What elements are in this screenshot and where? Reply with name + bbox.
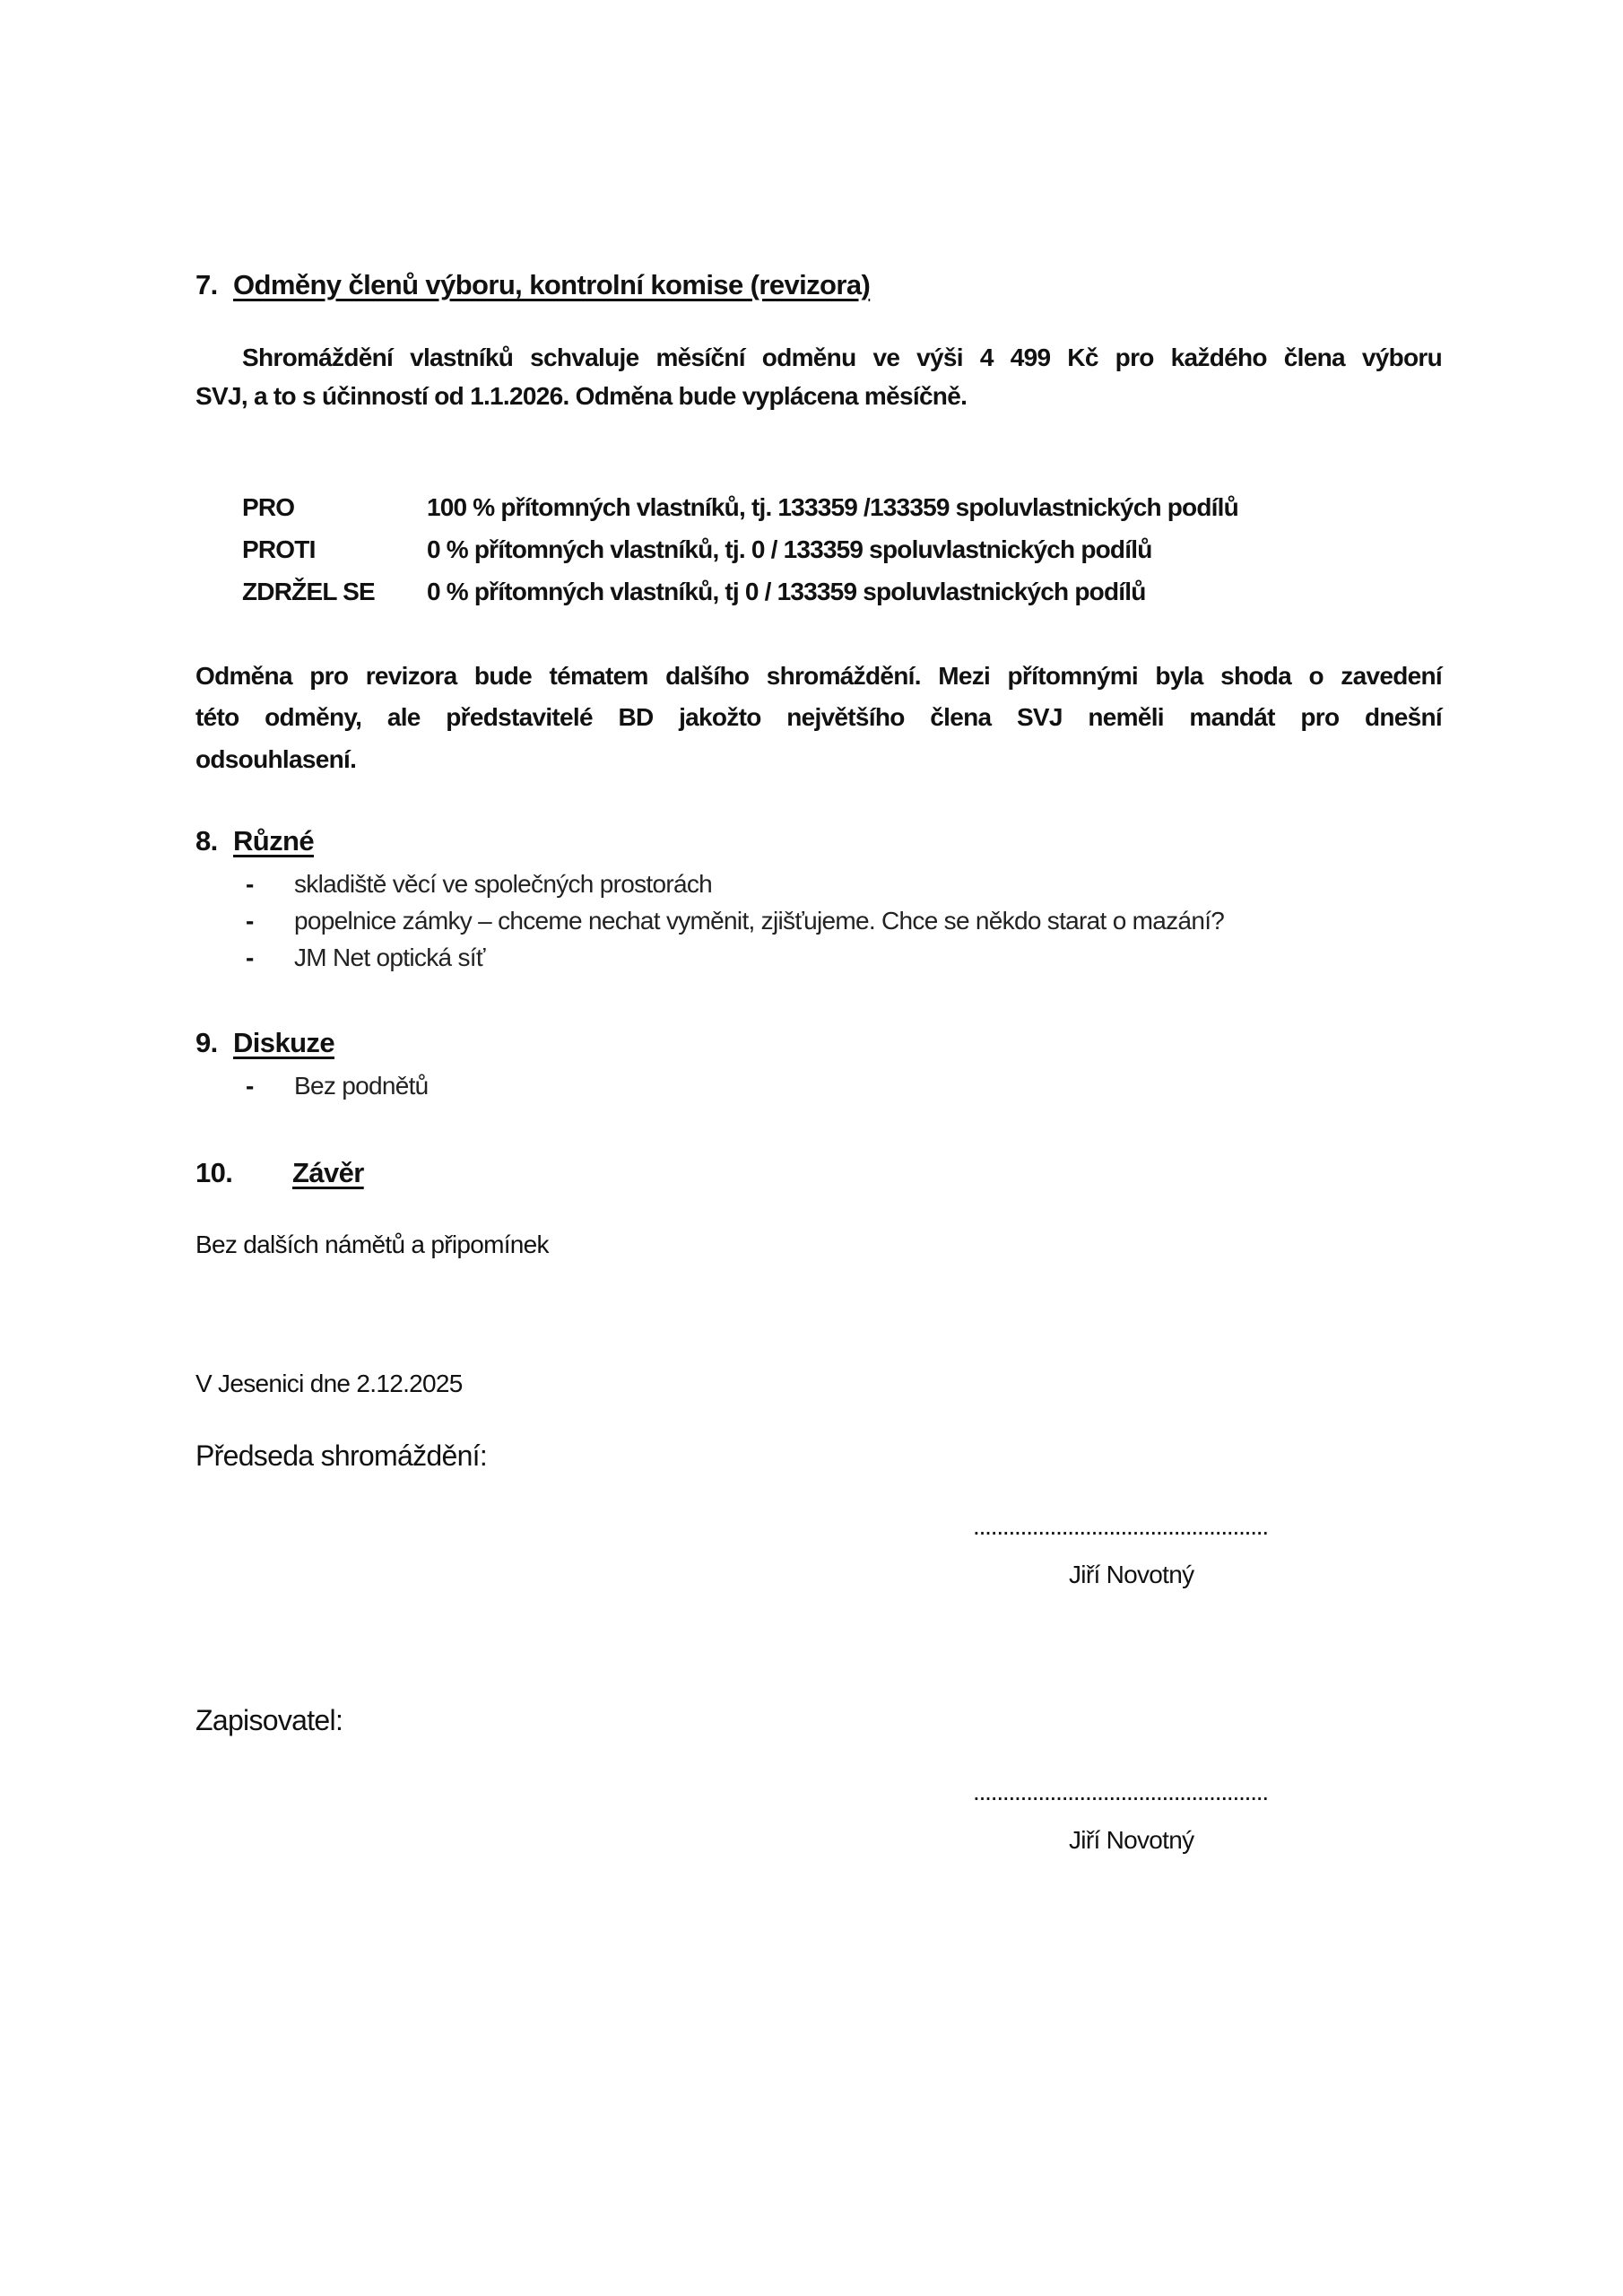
vote-label-zdrzel-se: ZDRŽEL SE [242,578,375,606]
section-9-heading: 9.Diskuze [195,1027,334,1059]
section-8-heading: 8.Různé [195,825,314,857]
document-page: 7.Odměny členů výboru, kontrolní komise … [0,0,1623,2296]
list-item: popelnice zámky – chceme nechat vyměnit,… [294,907,1224,935]
signature-name: Jiří Novotný [1069,1561,1193,1589]
section-8-number: 8. [195,825,233,857]
signature-role-chairman: Předseda shromáždění: [195,1439,487,1473]
bullet-dash: - [246,907,254,935]
section-7-heading: 7.Odměny členů výboru, kontrolní komise … [195,269,870,301]
signature-role-recorder: Zapisovatel: [195,1704,343,1737]
vote-text-proti: 0 % přítomných vlastníků, tj. 0 / 133359… [427,535,1152,564]
resolution-line-2: SVJ, a to s účinností od 1.1.2026. Odměn… [195,382,967,411]
bullet-dash: - [246,870,254,899]
note-line-2: této odměny, ale představitelé BD jakožt… [195,703,1442,732]
section-10-text: Bez dalších námětů a připomínek [195,1231,549,1259]
bullet-dash: - [246,944,254,972]
note-line-3: odsouhlasení. [195,745,356,774]
vote-label-proti: PROTI [242,535,316,564]
list-item: skladiště věcí ve společných prostorách [294,870,712,899]
place-date: V Jesenici dne 2.12.2025 [195,1370,463,1398]
section-10-heading: 10.Závěr [195,1157,364,1189]
signature-name: Jiří Novotný [1069,1826,1193,1855]
list-item: Bez podnětů [294,1072,429,1100]
section-8-title: Různé [233,825,314,857]
vote-label-pro: PRO [242,493,294,522]
section-7-title: Odměny členů výboru, kontrolní komise (r… [233,269,870,300]
resolution-line-1: Shromáždění vlastníků schvaluje měsíční … [195,344,1442,372]
vote-text-zdrzel-se: 0 % přítomných vlastníků, tj 0 / 133359 … [427,578,1146,606]
vote-text-pro: 100 % přítomných vlastníků, tj. 133359 /… [427,493,1238,522]
section-10-title: Závěr [292,1157,364,1188]
bullet-dash: - [246,1072,254,1100]
list-item: JM Net optická síť [294,944,485,972]
section-10-number: 10. [195,1157,292,1189]
section-9-number: 9. [195,1027,233,1059]
section-9-title: Diskuze [233,1027,334,1058]
section-7-number: 7. [195,269,233,301]
note-line-1: Odměna pro revizora bude tématem dalšího… [195,662,1442,691]
signature-line: ........................................… [973,1512,1268,1541]
signature-line: ........................................… [973,1778,1268,1806]
